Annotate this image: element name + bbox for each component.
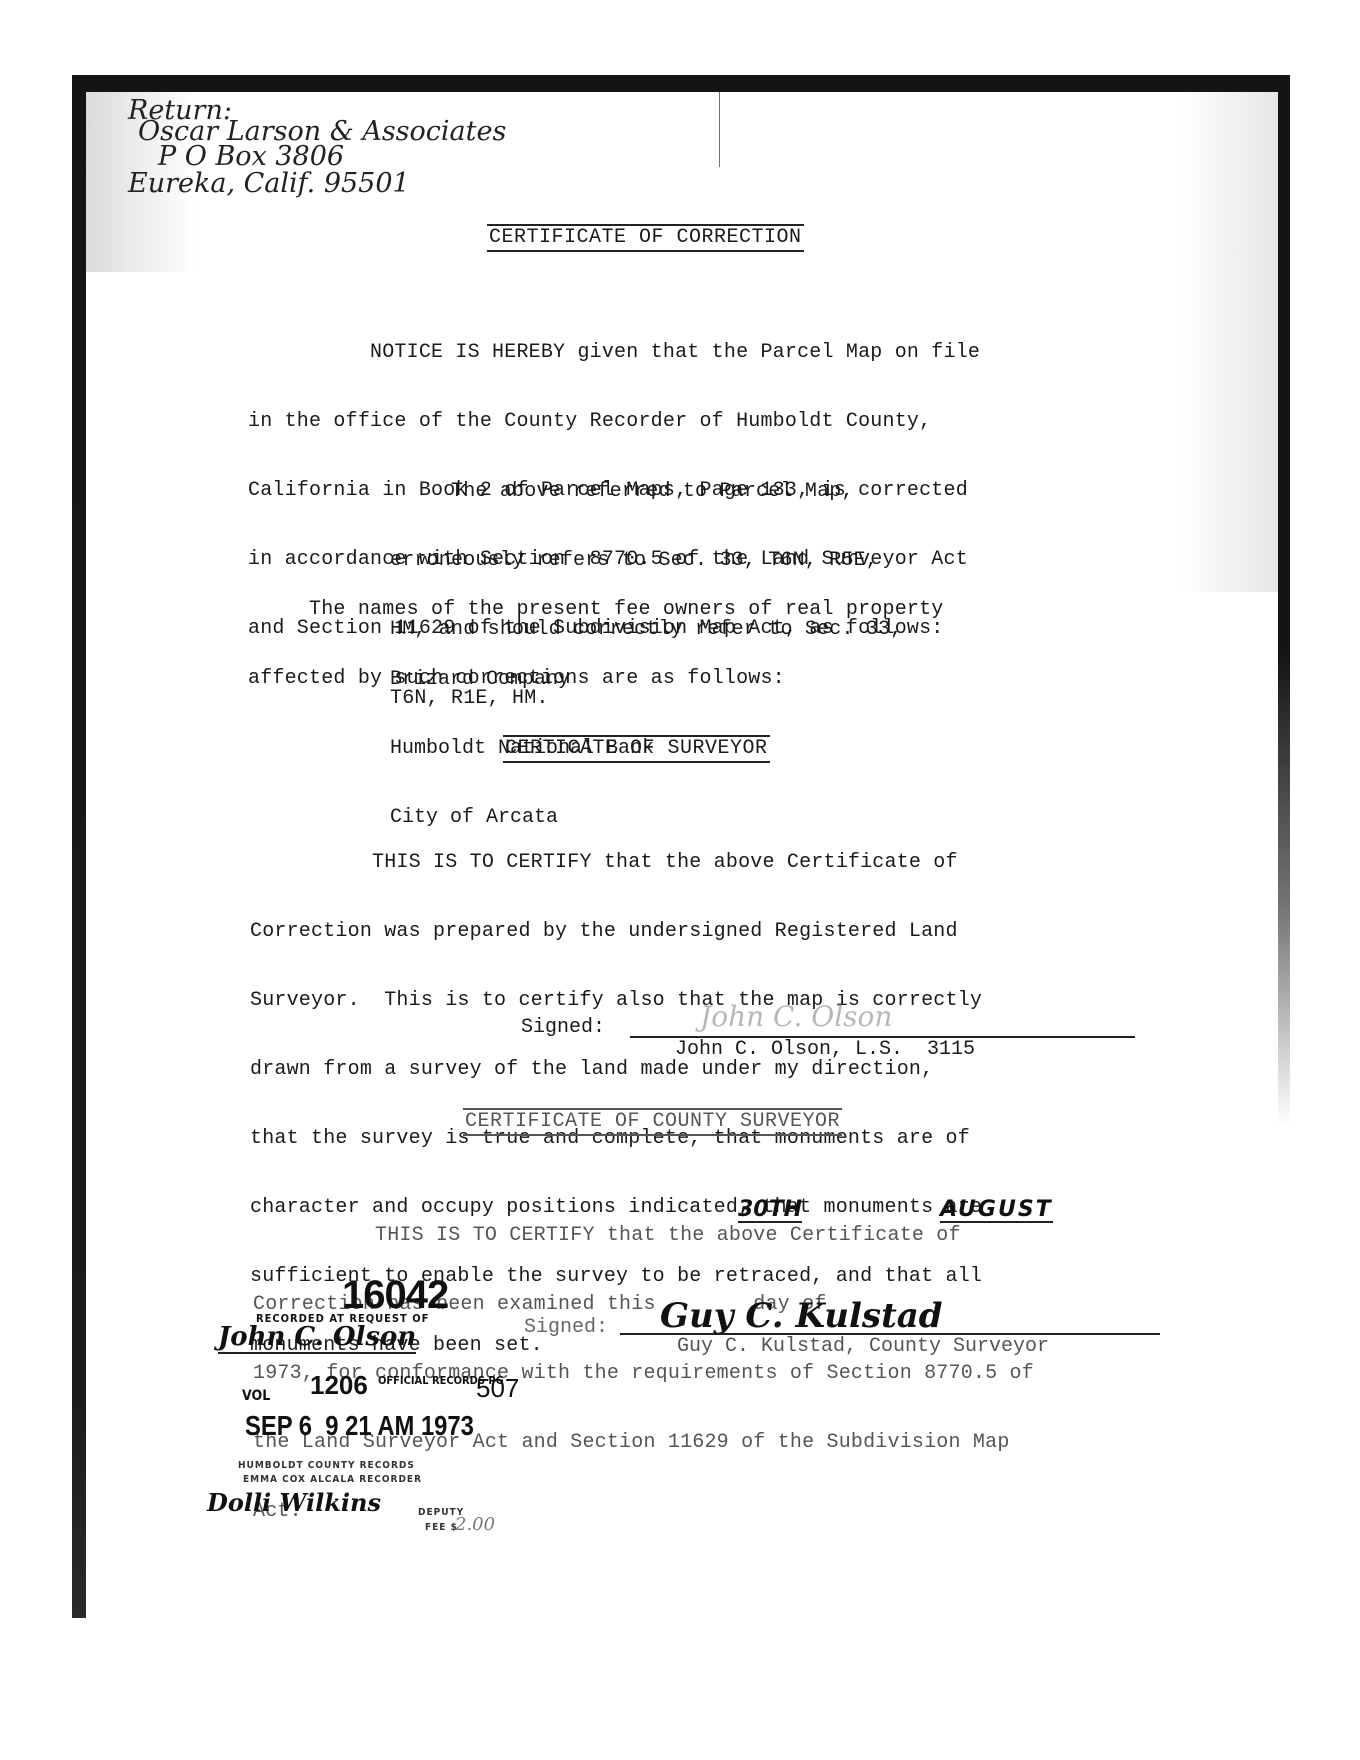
scan-border-left — [72, 75, 86, 1618]
county-records-label: HUMBOLDT COUNTY RECORDS — [238, 1460, 415, 1471]
scan-shading — [1180, 92, 1280, 592]
deputy-signature: Dolli Wilkins — [207, 1488, 381, 1517]
surveyor-signature: John C. Olson — [700, 1000, 892, 1033]
handwritten-return-address: Return: Oscar Larson & Associates P O Bo… — [128, 96, 506, 198]
month-filled: AUGUST — [940, 1199, 1053, 1223]
recorded-datetime: SEP 6 9 21 AM 1973 — [245, 1410, 474, 1442]
fold-line — [719, 92, 720, 167]
surveyor-signed-label: Signed: — [521, 1016, 605, 1039]
certificate-of-correction-title: CERTIFICATE OF CORRECTION — [487, 224, 804, 252]
county-signed-label: Signed: — [524, 1316, 608, 1339]
page-number: 507 — [476, 1373, 519, 1404]
official-records-label: OFFICIAL RECORDS PG — [378, 1375, 468, 1387]
requested-by-signature: John C. Olson — [218, 1322, 416, 1354]
volume-number: 1206 — [310, 1370, 368, 1401]
scan-border-top — [72, 75, 1290, 92]
owner-item: Brizard Company — [390, 668, 654, 691]
fee-value: 2.00 — [455, 1514, 495, 1535]
return-line: Eureka, Calif. 95501 — [128, 169, 506, 198]
certificate-of-surveyor-title: CERTICATE OF SURVEYOR — [503, 735, 770, 763]
certificate-of-county-surveyor-title: CERTIFICATE OF COUNTY SURVEYOR — [463, 1108, 842, 1136]
county-surveyor-name: Guy C. Kulstad, County Surveyor — [677, 1335, 1049, 1358]
vol-label: VOL — [242, 1388, 270, 1404]
surveyor-name: John C. Olson, L.S. 3115 — [675, 1038, 975, 1061]
recorder-label: EMMA COX ALCALA RECORDER — [243, 1474, 422, 1485]
fee-label: FEE $ — [425, 1522, 458, 1533]
day-filled: 30TH — [738, 1199, 802, 1223]
county-signature: Guy C. Kulstad — [660, 1296, 943, 1336]
